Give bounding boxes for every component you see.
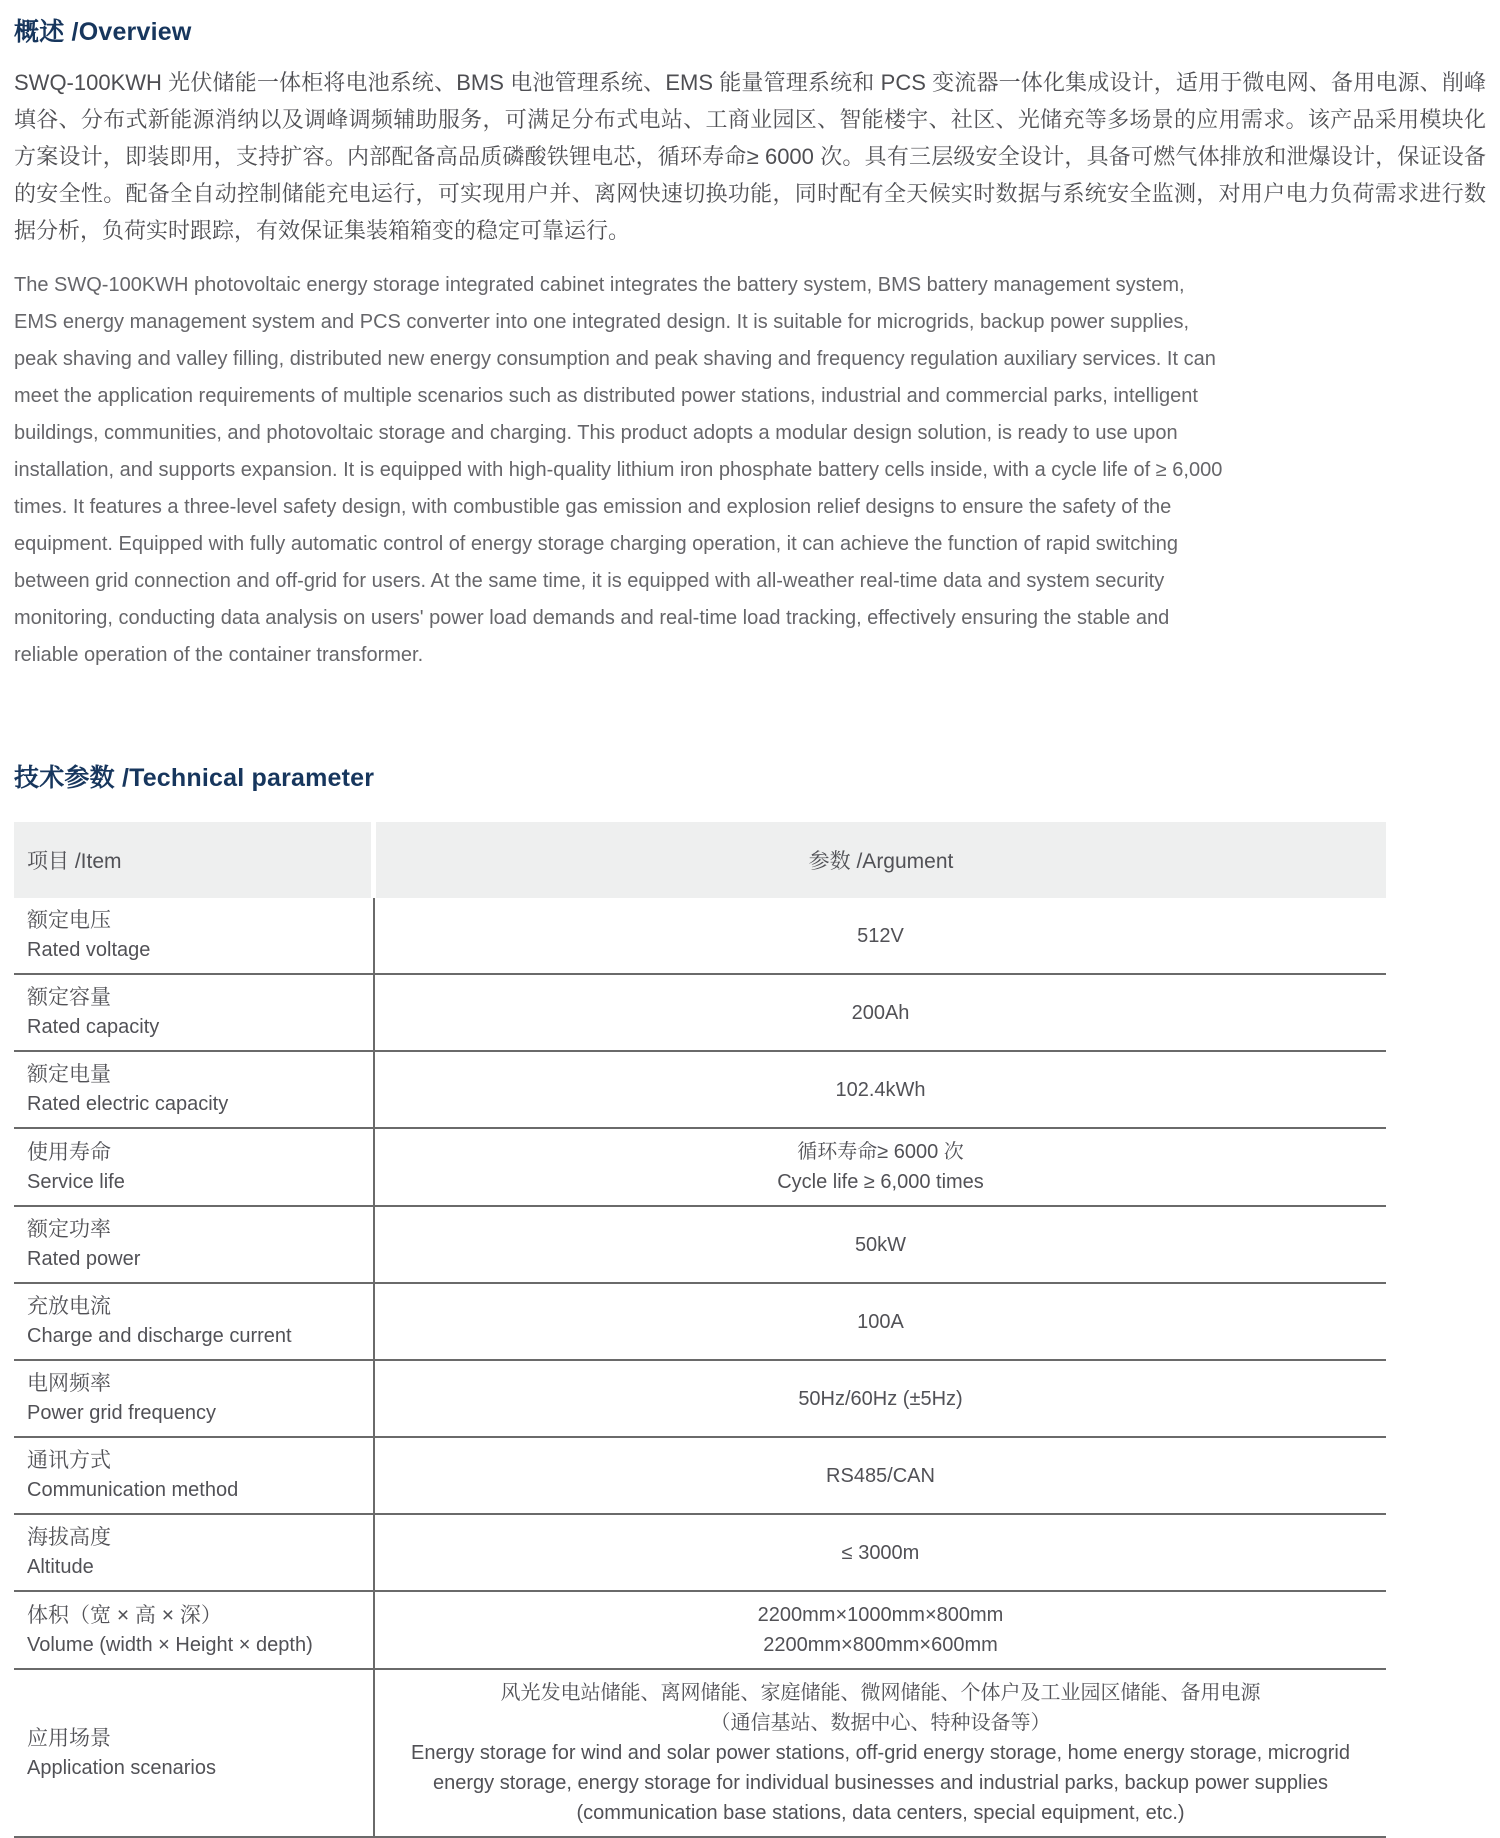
item-label-zh: 使用寿命 — [27, 1138, 373, 1168]
item-cell: 额定功率 Rated power — [14, 1207, 373, 1282]
value-line: 风光发电站储能、离网储能、家庭储能、微网储能、个体户及工业园区储能、备用电源 — [501, 1678, 1261, 1708]
table-row: 充放电流 Charge and discharge current 100A — [14, 1284, 1386, 1361]
table-row: 通讯方式 Communication method RS485/CAN — [14, 1438, 1386, 1515]
item-label-zh: 应用场景 — [27, 1724, 373, 1754]
table-row: 额定电量 Rated electric capacity 102.4kWh — [14, 1052, 1386, 1129]
value-line: 50kW — [855, 1230, 906, 1260]
item-cell: 海拔高度 Altitude — [14, 1515, 373, 1590]
item-cell: 体积（宽 × 高 × 深） Volume (width × Height × d… — [14, 1592, 373, 1668]
item-label-zh: 额定容量 — [27, 983, 373, 1013]
value-line: 200Ah — [852, 998, 910, 1028]
item-cell: 充放电流 Charge and discharge current — [14, 1284, 373, 1359]
value-line: （通信基站、数据中心、特种设备等） — [711, 1708, 1051, 1738]
value-cell: 102.4kWh — [373, 1052, 1386, 1127]
value-line: 循环寿命≥ 6000 次 — [797, 1137, 964, 1167]
item-label-en: Volume (width × Height × depth) — [27, 1631, 373, 1660]
item-label-zh: 通讯方式 — [27, 1446, 373, 1476]
item-label-zh: 额定电压 — [27, 906, 373, 936]
item-cell: 应用场景 Application scenarios — [14, 1670, 373, 1836]
overview-heading: 概述 /Overview — [14, 16, 1500, 48]
item-label-en: Altitude — [27, 1553, 373, 1582]
table-row: 海拔高度 Altitude ≤ 3000m — [14, 1515, 1386, 1592]
value-line: Cycle life ≥ 6,000 times — [777, 1167, 984, 1197]
item-label-zh: 电网频率 — [27, 1369, 373, 1399]
item-cell: 通讯方式 Communication method — [14, 1438, 373, 1513]
item-label-en: Rated power — [27, 1245, 373, 1274]
item-label-zh: 充放电流 — [27, 1292, 373, 1322]
column-header-item: 项目 /Item — [14, 822, 371, 898]
value-line: RS485/CAN — [826, 1461, 935, 1491]
table-row: 电网频率 Power grid frequency 50Hz/60Hz (±5H… — [14, 1361, 1386, 1438]
value-cell: 风光发电站储能、离网储能、家庭储能、微网储能、个体户及工业园区储能、备用电源（通… — [373, 1670, 1386, 1836]
value-line: 50Hz/60Hz (±5Hz) — [798, 1384, 962, 1414]
value-cell: 50kW — [373, 1207, 1386, 1282]
item-label-zh: 额定电量 — [27, 1060, 373, 1090]
value-line: 2200mm×1000mm×800mm — [758, 1600, 1004, 1630]
value-cell: 200Ah — [373, 975, 1386, 1050]
value-cell: 2200mm×1000mm×800mm2200mm×800mm×600mm — [373, 1592, 1386, 1668]
table-header-row: 项目 /Item 参数 /Argument — [14, 822, 1386, 898]
table-row: 使用寿命 Service life 循环寿命≥ 6000 次Cycle life… — [14, 1129, 1386, 1207]
value-line: 2200mm×800mm×600mm — [763, 1630, 998, 1660]
item-label-zh: 海拔高度 — [27, 1523, 373, 1553]
item-label-zh: 额定功率 — [27, 1215, 373, 1245]
table-row: 额定功率 Rated power 50kW — [14, 1207, 1386, 1284]
value-cell: 循环寿命≥ 6000 次Cycle life ≥ 6,000 times — [373, 1129, 1386, 1205]
table-row: 额定电压 Rated voltage 512V — [14, 898, 1386, 975]
value-cell: 100A — [373, 1284, 1386, 1359]
item-label-en: Rated voltage — [27, 936, 373, 965]
value-cell: 50Hz/60Hz (±5Hz) — [373, 1361, 1386, 1436]
value-line: Energy storage for wind and solar power … — [405, 1738, 1356, 1828]
overview-paragraph-en: The SWQ-100KWH photovoltaic energy stora… — [14, 267, 1224, 674]
item-label-en: Service life — [27, 1168, 373, 1197]
item-cell: 使用寿命 Service life — [14, 1129, 373, 1205]
technical-parameter-table: 项目 /Item 参数 /Argument 额定电压 Rated voltage… — [14, 822, 1386, 1838]
item-cell: 额定电量 Rated electric capacity — [14, 1052, 373, 1127]
table-row: 体积（宽 × 高 × 深） Volume (width × Height × d… — [14, 1592, 1386, 1670]
value-line: ≤ 3000m — [842, 1538, 920, 1568]
item-cell: 电网频率 Power grid frequency — [14, 1361, 373, 1436]
value-cell: ≤ 3000m — [373, 1515, 1386, 1590]
value-cell: 512V — [373, 898, 1386, 973]
overview-paragraph-zh: SWQ-100KWH 光伏储能一体柜将电池系统、BMS 电池管理系统、EMS 能… — [14, 64, 1486, 249]
value-cell: RS485/CAN — [373, 1438, 1386, 1513]
item-label-zh: 体积（宽 × 高 × 深） — [27, 1601, 373, 1631]
table-row: 额定容量 Rated capacity 200Ah — [14, 975, 1386, 1052]
item-label-en: Rated capacity — [27, 1013, 373, 1042]
spec-sheet-page: 概述 /Overview SWQ-100KWH 光伏储能一体柜将电池系统、BMS… — [0, 0, 1500, 1838]
item-cell: 额定容量 Rated capacity — [14, 975, 373, 1050]
column-header-argument: 参数 /Argument — [376, 822, 1386, 898]
technical-parameter-heading: 技术参数 /Technical parameter — [14, 762, 1500, 794]
table-row: 应用场景 Application scenarios 风光发电站储能、离网储能、… — [14, 1670, 1386, 1838]
value-line: 512V — [857, 921, 904, 951]
value-line: 102.4kWh — [835, 1075, 925, 1105]
item-label-en: Charge and discharge current — [27, 1322, 373, 1351]
table-body: 额定电压 Rated voltage 512V 额定容量 Rated capac… — [14, 898, 1386, 1838]
item-label-en: Communication method — [27, 1476, 373, 1505]
item-label-en: Rated electric capacity — [27, 1090, 373, 1119]
item-label-en: Power grid frequency — [27, 1399, 373, 1428]
item-cell: 额定电压 Rated voltage — [14, 898, 373, 973]
item-label-en: Application scenarios — [27, 1754, 373, 1783]
value-line: 100A — [857, 1307, 904, 1337]
